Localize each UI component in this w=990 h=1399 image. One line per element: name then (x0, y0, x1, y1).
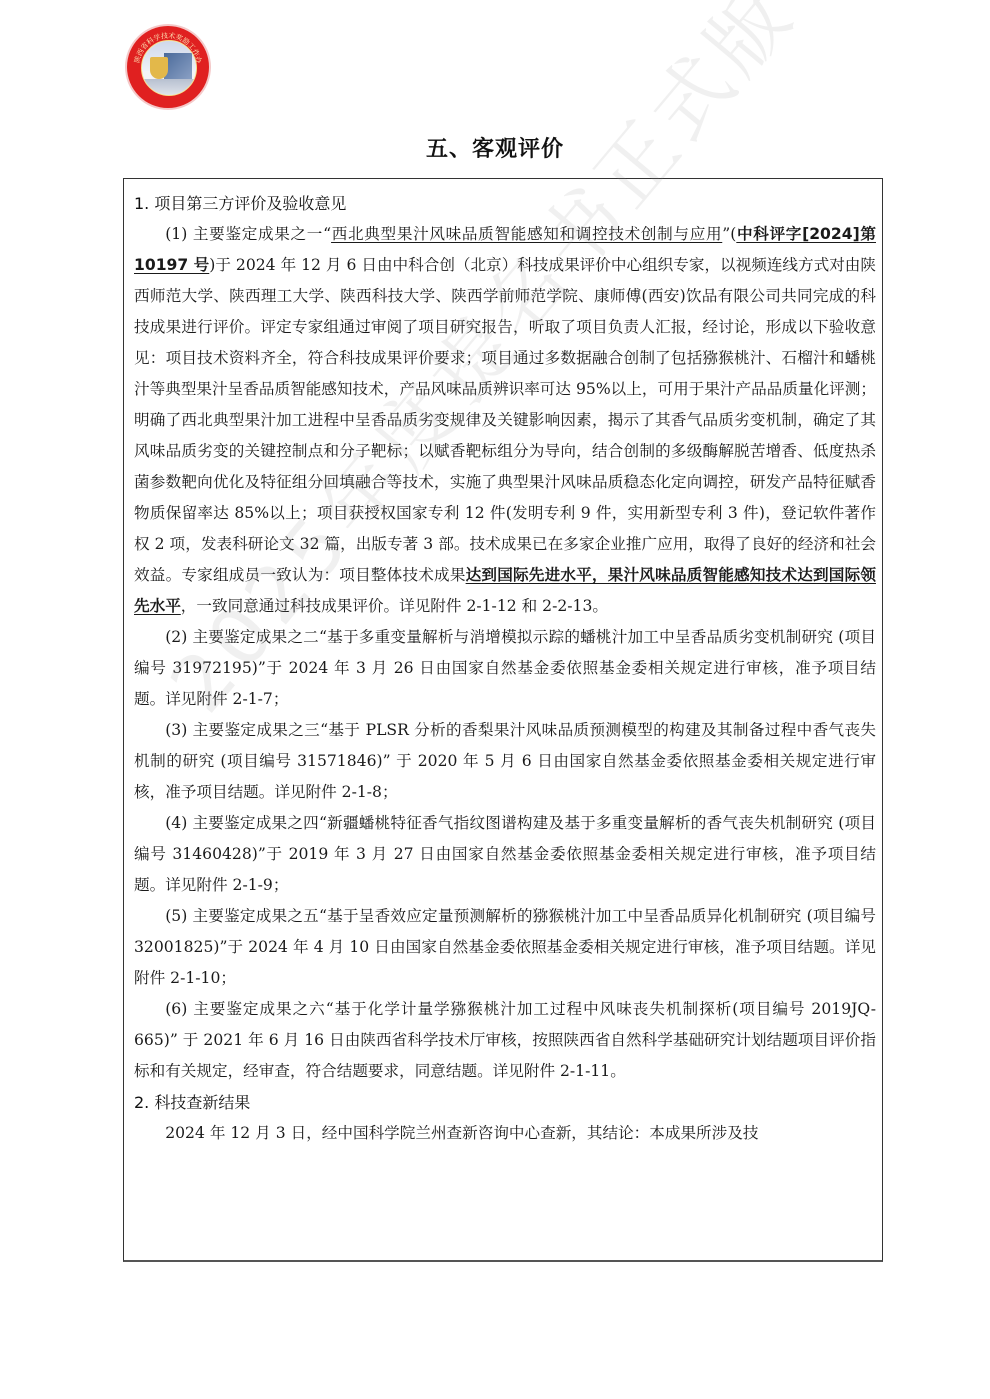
evaluation-item-2: (2) 主要鉴定成果之二“基于多重变量解析与消增模拟示踪的蟠桃汁加工中呈香品质劣… (134, 622, 876, 715)
seal-emblem-icon (141, 40, 197, 96)
item-prefix: (1) 主要鉴定成果之一“ (165, 225, 331, 243)
section-heading-third-party: 1. 项目第三方评价及验收意见 (134, 188, 876, 219)
evaluation-text: 1. 项目第三方评价及验收意见 (1) 主要鉴定成果之一“西北典型果汁风味品质智… (134, 188, 876, 1149)
achievement-title: 西北典型果汁风味品质智能感知和调控技术创制与应用 (331, 225, 722, 243)
section-heading-novelty-search: 2. 科技查新结果 (134, 1087, 876, 1118)
organization-seal-logo: 陕西省科学技术奖励工作办公室 (127, 26, 209, 108)
evaluation-item-1: (1) 主要鉴定成果之一“西北典型果汁风味品质智能感知和调控技术创制与应用”(中… (134, 219, 876, 622)
evaluation-item-6: (6) 主要鉴定成果之六“基于化学计量学猕猴桃汁加工过程中风味丧失机制探析(项目… (134, 994, 876, 1087)
page-title: 五、客观评价 (0, 132, 990, 163)
evaluation-item-4: (4) 主要鉴定成果之四“新疆蟠桃特征香气指纹图谱构建及基于多重变量解析的香气丧… (134, 808, 876, 901)
evaluation-item-5: (5) 主要鉴定成果之五“基于呈香效应定量预测解析的猕猴桃汁加工中呈香品质异化机… (134, 901, 876, 994)
objective-evaluation-box: 1. 项目第三方评价及验收意见 (1) 主要鉴定成果之一“西北典型果汁风味品质智… (123, 178, 883, 1262)
item-body: )于 2024 年 12 月 6 日由中科合创（北京）科技成果评价中心组织专家，… (134, 256, 876, 584)
novelty-search-result: 2024 年 12 月 3 日，经中国科学院兰州查新咨询中心查新，其结论：本成果… (134, 1118, 876, 1149)
evaluation-item-3: (3) 主要鉴定成果之三“基于 PLSR 分析的香梨果汁风味品质预测模型的构建及… (134, 715, 876, 808)
item-tail: ，一致同意通过科技成果评价。详见附件 2-1-12 和 2-2-13。 (181, 597, 608, 615)
item-mid: ”( (722, 225, 736, 243)
